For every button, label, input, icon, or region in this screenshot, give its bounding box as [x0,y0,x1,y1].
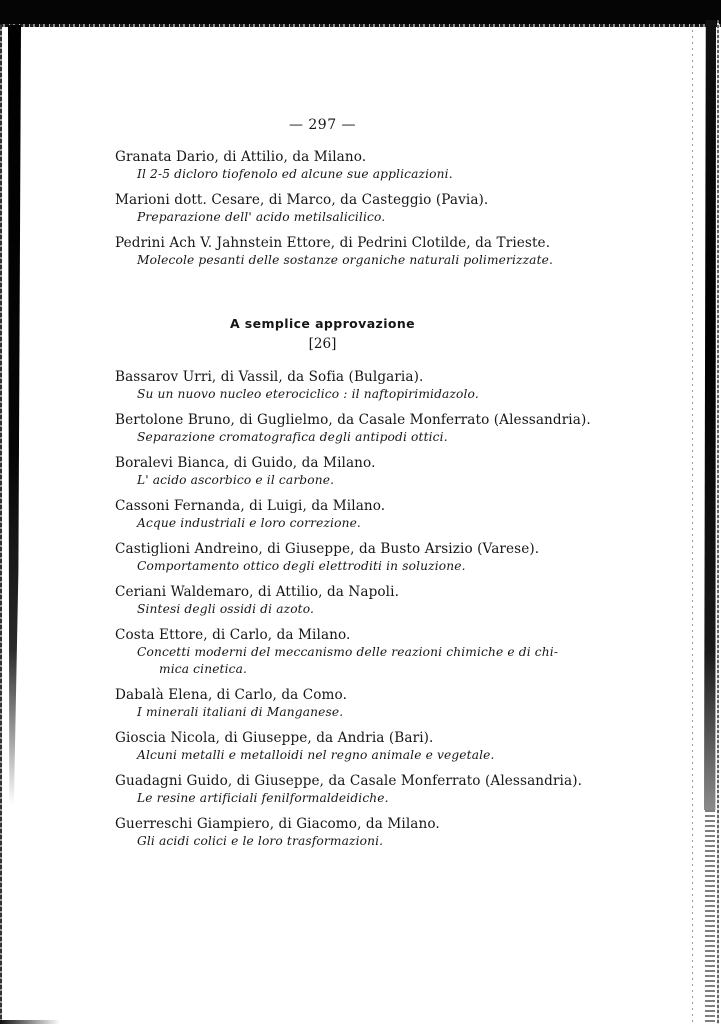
entry-thesis-title: Le resine artificiali fenilformaldeidich… [115,790,635,807]
scan-border-left-band [8,25,21,805]
entry-thesis-title: Separazione cromatografica degli antipod… [115,429,635,446]
entry-thesis-title: Comportamento ottico degli elettroditi i… [115,558,635,575]
scan-border-left-line [0,25,2,1024]
entry: Dabalà Elena, di Carlo, da Como. I miner… [115,687,635,721]
entry-name: Guadagni Guido, di Giuseppe, da Casale M… [115,773,635,790]
entry-name: Granata Dario, di Attilio, da Milano. [115,149,635,166]
entry-thesis-title: L' acido ascorbico e il carbone. [115,472,635,489]
entry-thesis-title: Sintesi degli ossidi di azoto. [115,601,635,618]
entry-name: Gioscia Nicola, di Giuseppe, da Andria (… [115,730,635,747]
section-heading: A semplice approvazione [0,316,645,331]
entry-name: Dabalà Elena, di Carlo, da Como. [115,687,635,704]
entry-name: Pedrini Ach V. Jahnstein Ettore, di Pedr… [115,235,635,252]
entry: Granata Dario, di Attilio, da Milano. Il… [115,149,635,183]
entry-thesis-title: Su un nuovo nucleo eterociclico : il naf… [115,386,635,403]
entry: Guerreschi Giampiero, di Giacomo, da Mil… [115,816,635,850]
entry-thesis-title: Gli acidi colici e le loro trasformazion… [115,833,635,850]
entry-list-top: Granata Dario, di Attilio, da Milano. Il… [115,149,635,278]
entry-thesis-title: Acque industriali e loro correzione. [115,515,635,532]
scan-border-right-edge [717,20,719,1024]
entry-name: Bassarov Urri, di Vassil, da Sofia (Bulg… [115,369,635,386]
entry: Ceriani Waldemaro, di Attilio, da Napoli… [115,584,635,618]
entry: Bertolone Bruno, di Guglielmo, da Casale… [115,412,635,446]
scan-border-right-dotted [692,30,693,1024]
scan-border-bottom-smudge [0,1020,60,1024]
entry-name: Castiglioni Andreino, di Giuseppe, da Bu… [115,541,635,558]
entry-thesis-title: I minerali italiani di Manganese. [115,704,635,721]
entry: Marioni dott. Cesare, di Marco, da Caste… [115,192,635,226]
scan-border-right-band [704,20,716,810]
entry-thesis-title: Alcuni metalli e metalloidi nel regno an… [115,747,635,764]
entry-name: Cassoni Fernanda, di Luigi, da Milano. [115,498,635,515]
page-number: — 297 — [0,117,645,133]
entry-thesis-title-line1: Concetti moderni del meccanismo delle re… [137,645,558,659]
scan-border-right-lower [705,810,715,1024]
entry-name: Bertolone Bruno, di Guglielmo, da Casale… [115,412,635,429]
entry-thesis-title-continuation: mica cinetica. [137,661,635,678]
entry-name: Marioni dott. Cesare, di Marco, da Caste… [115,192,635,209]
entry: Pedrini Ach V. Jahnstein Ettore, di Pedr… [115,235,635,269]
entry-thesis-title: Concetti moderni del meccanismo delle re… [115,644,635,678]
entry: Bassarov Urri, di Vassil, da Sofia (Bulg… [115,369,635,403]
entry-name: Ceriani Waldemaro, di Attilio, da Napoli… [115,584,635,601]
entry-name: Boralevi Bianca, di Guido, da Milano. [115,455,635,472]
entry-thesis-title: Il 2-5 dicloro tiofenolo ed alcune sue a… [115,166,635,183]
entry: Boralevi Bianca, di Guido, da Milano. L'… [115,455,635,489]
entry-thesis-title: Preparazione dell' acido metilsalicilico… [115,209,635,226]
entry: Costa Ettore, di Carlo, da Milano. Conce… [115,627,635,678]
section-count: [26] [0,336,645,352]
entry: Gioscia Nicola, di Giuseppe, da Andria (… [115,730,635,764]
scan-border-top [0,0,721,25]
entry-name: Guerreschi Giampiero, di Giacomo, da Mil… [115,816,635,833]
entry: Cassoni Fernanda, di Luigi, da Milano. A… [115,498,635,532]
entry-list-approval: Bassarov Urri, di Vassil, da Sofia (Bulg… [115,369,635,859]
entry-thesis-title: Molecole pesanti delle sostanze organich… [115,252,635,269]
entry-name: Costa Ettore, di Carlo, da Milano. [115,627,635,644]
entry: Castiglioni Andreino, di Giuseppe, da Bu… [115,541,635,575]
entry: Guadagni Guido, di Giuseppe, da Casale M… [115,773,635,807]
